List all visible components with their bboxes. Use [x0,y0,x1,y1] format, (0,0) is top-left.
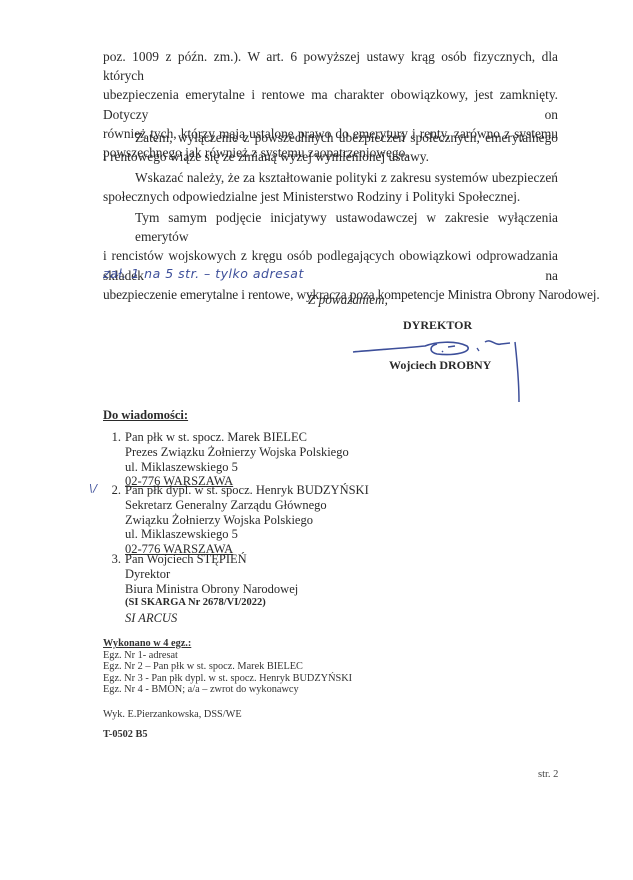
paragraph-line: Zatem, wyłączenie z powszechnych ubezpie… [103,128,558,147]
cc-item-number: 1. [103,430,121,445]
copies-section: Wykonano w 4 egz.: Egz. Nr 1- adresat Eg… [103,638,352,696]
cc-item-number: 2. [103,483,121,498]
cc-line: Pan płk dypl. w st. spocz. Henryk BUDZYŃ… [125,483,369,498]
cc-line: Sekretarz Generalny Zarządu Głównego [125,498,369,513]
cc-item-lines: Pan płk w st. spocz. Marek BIELEC Prezes… [125,430,349,489]
cc-item-lines: Pan płk dypl. w st. spocz. Henryk BUDZYŃ… [125,483,369,557]
cc-item-number: 3. [103,552,121,567]
cc-list: 1. Pan płk w st. spocz. Marek BIELEC Pre… [103,430,403,610]
paragraph-line: i rentowego wiąże się ze zmianą wyżej wy… [103,147,558,166]
paragraph-3: Wskazać należy, że za kształtowanie poli… [103,168,558,206]
signatory-name: Wojciech DROBNY [389,358,491,373]
cc-line: SI ARCUS [125,611,298,626]
page-number: str. 2 [538,769,558,780]
copy-line: Egz. Nr 1- adresat [103,650,352,662]
cc-line: Pan Wojciech STĘPIEŃ [125,552,298,567]
paragraph-line: Tym samym podjęcie inicjatywy ustawodawc… [103,208,558,246]
prepared-by: Wyk. E.Pierzankowska, DSS/WE [103,709,242,721]
check-mark-icon: \/ [89,482,97,497]
paragraph-line: poz. 1009 z późn. zm.). W art. 6 powyższ… [103,47,558,85]
cc-line: Dyrektor [125,567,298,582]
cc-line: ul. Miklaszewskiego 5 [125,527,369,542]
paragraph-4: Tym samym podjęcie inicjatywy ustawodawc… [103,208,558,304]
cc-line: (SI SKARGA Nr 2678/VI/2022) [125,596,298,611]
form-code: T-0502 B5 [103,729,148,741]
copies-heading: Wykonano w 4 egz.: [103,638,352,650]
cc-line: ul. Miklaszewskiego 5 [125,460,349,475]
handwritten-note: zał. 1 na 5 str. – tylko adresat [103,266,304,281]
copy-line: Egz. Nr 2 – Pan płk w st. spocz. Marek B… [103,661,352,673]
cc-heading: Do wiadomości: [103,408,188,423]
paragraph-line: ubezpieczenia emerytalne i rentowe ma ch… [103,85,558,123]
cc-line: Biura Ministra Obrony Narodowej [125,582,298,597]
copy-line: Egz. Nr 4 - BMON; a/a – zwrot do wykonaw… [103,684,352,696]
paragraph-line: społecznych odpowiedzialne jest Minister… [103,187,558,206]
cc-item-lines: Pan Wojciech STĘPIEŃ Dyrektor Biura Mini… [125,552,298,626]
copy-line: Egz. Nr 3 - Pan płk dypl. w st. spocz. H… [103,673,352,685]
cc-line: Związku Żołnierzy Wojska Polskiego [125,513,369,528]
paragraph-line: Wskazać należy, że za kształtowanie poli… [103,168,558,187]
cc-line: Prezes Związku Żołnierzy Wojska Polskieg… [125,445,349,460]
closing-salutation: Z poważaniem, [308,292,388,308]
paragraph-2: Zatem, wyłączenie z powszechnych ubezpie… [103,128,558,166]
cc-line: Pan płk w st. spocz. Marek BIELEC [125,430,349,445]
